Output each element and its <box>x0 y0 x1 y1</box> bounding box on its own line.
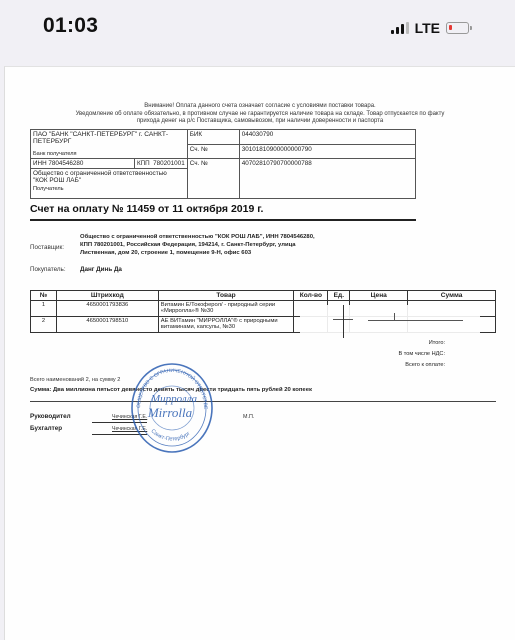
notice-line: Внимание! Оплата данного счета означает … <box>30 103 490 111</box>
kpp-cell: КПП 780201001 <box>134 159 187 169</box>
bank-name-cell: ПАО "БАНК "САНКТ-ПЕТЕРБУРГ" г. САНКТ-ПЕТ… <box>31 130 188 159</box>
payment-notice: Внимание! Оплата данного счета означает … <box>30 103 490 126</box>
bik-label: БИК <box>187 130 239 145</box>
stamp-place-label: М.П. <box>243 414 254 420</box>
bik-value: 044030790 <box>239 130 415 145</box>
notice-line: Уведомление об оплате обязательно, в про… <box>30 111 490 119</box>
director-label: Руководител <box>30 413 71 420</box>
signature-divider <box>30 401 496 402</box>
redaction-stroke <box>368 320 463 321</box>
svg-text:Мирролла: Мирролла <box>150 393 198 405</box>
recipient-label: Получатель <box>33 186 185 192</box>
total-label: Всего к оплате: <box>399 360 445 371</box>
redaction-stroke <box>394 313 395 320</box>
row-num: 2 <box>31 317 57 333</box>
bank-details-table: ПАО "БАНК "САНКТ-ПЕТЕРБУРГ" г. САНКТ-ПЕТ… <box>30 129 416 199</box>
battery-icon <box>446 22 469 34</box>
corr-account-label: Сч. № <box>187 144 239 159</box>
row-barcode: 4650001798510 <box>56 317 158 333</box>
title-divider <box>30 219 416 221</box>
recipient-bank-label: Банк получателя <box>33 151 185 157</box>
company-stamp-icon: ОБЩЕСТВО С ОГРАНИЧЕННОЙ ОТВЕТСТВЕННОСТЬЮ… <box>130 362 214 454</box>
row-product: Витамин Е/Токоферол/ - природный серии «… <box>158 301 294 317</box>
bank-name: ПАО "БАНК "САНКТ-ПЕТЕРБУРГ" г. САНКТ-ПЕТ… <box>33 131 185 145</box>
svg-text:Санкт-Петербург: Санкт-Петербург <box>150 428 192 442</box>
kpp-label: КПП <box>137 160 150 167</box>
svg-text:Mirrolla: Mirrolla <box>147 405 193 420</box>
header-sum: Сумма <box>408 291 496 301</box>
vat-label: В том числе НДС: <box>399 349 445 360</box>
header-barcode: Штрихкод <box>56 291 158 301</box>
account-value: 40702810790700000788 <box>239 159 415 199</box>
header-qty: Кол-во <box>294 291 328 301</box>
header-num: № <box>31 291 57 301</box>
header-price: Цена <box>350 291 408 301</box>
header-product: Товар <box>158 291 294 301</box>
accountant-label: Бухгалтер <box>30 425 62 432</box>
buyer-name: Данг Динь Да <box>80 266 122 273</box>
row-barcode: 4650001793836 <box>56 301 158 317</box>
status-indicators: LTE <box>391 20 469 36</box>
row-num: 1 <box>31 301 57 317</box>
status-bar: 01:03 LTE <box>0 0 515 60</box>
redacted-area <box>300 305 480 333</box>
invoice-title: Счет на оплату № 11459 от 11 октября 201… <box>30 203 263 215</box>
corr-account-value: 30101810900000000790 <box>239 144 415 159</box>
table-header-row: № Штрихкод Товар Кол-во Ед. Цена Сумма <box>31 291 496 301</box>
buyer-label: Покупатель: <box>30 266 66 273</box>
inn-cell: ИНН 7804546280 <box>31 159 135 169</box>
supplier-label: Поставщик: <box>30 244 64 251</box>
signal-icon <box>391 22 409 34</box>
items-count-summary: Всего наименований 2, на сумму 2 <box>30 377 120 383</box>
status-time: 01:03 <box>43 14 98 38</box>
subtotal-label: Итого: <box>399 338 445 349</box>
network-type: LTE <box>415 20 440 36</box>
kpp-value: 780201001 <box>153 160 185 167</box>
supplier-details: Общество с ограниченной ответственностью… <box>80 234 325 258</box>
totals-block: Итого: В том числе НДС: Всего к оплате: <box>399 338 445 372</box>
recipient-cell: Общество с ограниченной ответственностью… <box>31 169 188 199</box>
recipient-name: Общество с ограниченной ответственностью… <box>33 170 183 184</box>
account-label: Сч. № <box>187 159 239 199</box>
qty-column-divider <box>343 305 344 338</box>
notice-line: прихода денег на р/с Поставщика, самовыв… <box>30 118 490 126</box>
row-product: АЕ ВИТамин "МИРРОЛЛА"® с природными вита… <box>158 317 294 333</box>
header-unit: Ед. <box>328 291 350 301</box>
